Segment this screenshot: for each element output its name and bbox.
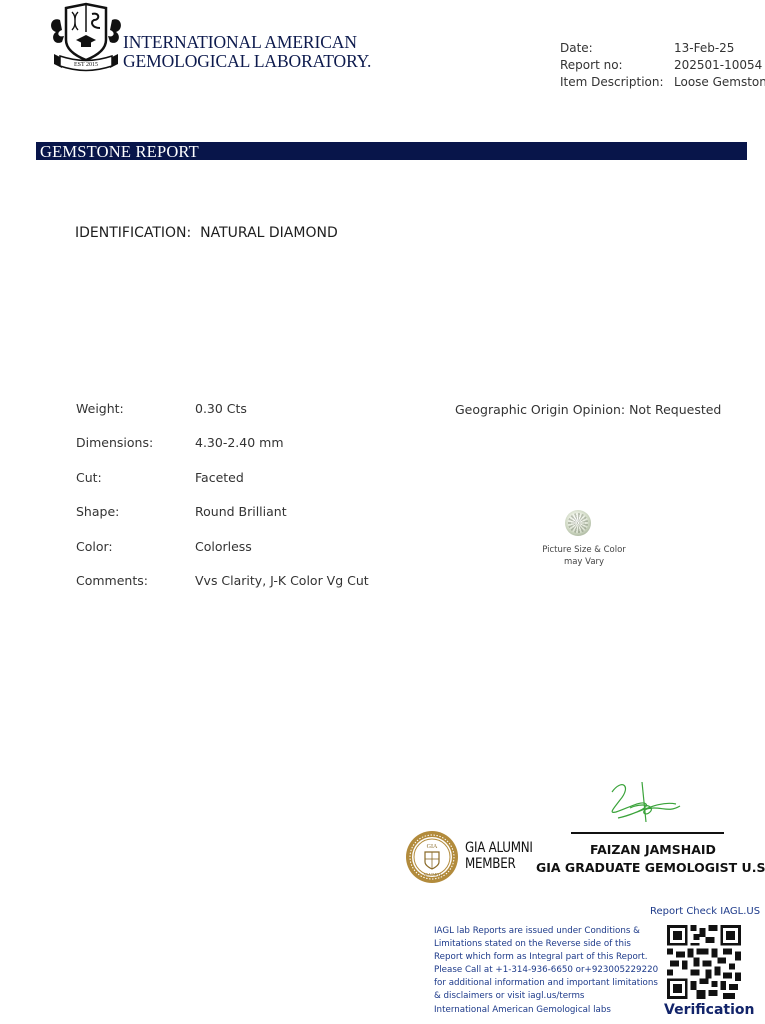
detail-row-dimensions: Dimensions: 4.30-2.40 mm xyxy=(76,435,369,469)
alumni-line2: MEMBER xyxy=(465,856,533,872)
meta-item-description: Item Description: Loose Gemstone xyxy=(560,74,765,91)
meta-report-no: Report no: 202501-10054 xyxy=(560,57,765,74)
gia-alumni-member: GIA ALUMNI MEMBER xyxy=(465,840,533,872)
detail-label: Weight: xyxy=(76,401,195,435)
detail-label: Dimensions: xyxy=(76,435,195,469)
lab-name-line1: INTERNATIONAL AMERICAN xyxy=(123,33,371,52)
disclaimer-line: & disclaimers or visit iagl.us/terms xyxy=(434,990,659,1003)
gem-image-caption: Picture Size & Color may Vary xyxy=(535,544,633,568)
disclaimer-line: Report which form as Integral part of th… xyxy=(434,951,659,964)
disclaimer-line: Limitations stated on the Reverse side o… xyxy=(434,938,659,951)
report-check-link[interactable]: Report Check IAGL.US xyxy=(650,906,760,917)
svg-text:GIA: GIA xyxy=(427,844,438,850)
meta-label: Report no: xyxy=(560,57,674,74)
signature-icon xyxy=(598,778,688,833)
signature-line xyxy=(571,832,724,834)
svg-text:EST 2015: EST 2015 xyxy=(74,62,98,68)
signer-name: FAIZAN JAMSHAID xyxy=(590,842,716,857)
detail-row-shape: Shape: Round Brilliant xyxy=(76,504,369,538)
detail-value: Round Brilliant xyxy=(195,504,287,538)
meta-date: Date: 13-Feb-25 xyxy=(560,40,765,57)
meta-label: Date: xyxy=(560,40,674,57)
detail-value: 4.30-2.40 mm xyxy=(195,435,284,469)
detail-value: 0.30 Cts xyxy=(195,401,247,435)
alumni-line1: GIA ALUMNI xyxy=(465,840,533,856)
lab-name: INTERNATIONAL AMERICAN GEMOLOGICAL LABOR… xyxy=(123,33,371,71)
detail-row-comments: Comments: Vvs Clarity, J-K Color Vg Cut xyxy=(76,573,369,607)
detail-row-weight: Weight: 0.30 Cts xyxy=(76,401,369,435)
disclaimer: IAGL lab Reports are issued under Condit… xyxy=(434,925,659,1017)
detail-label: Comments: xyxy=(76,573,195,607)
report-meta: Date: 13-Feb-25 Report no: 202501-10054 … xyxy=(560,40,765,91)
disclaimer-line: IAGL lab Reports are issued under Condit… xyxy=(434,925,659,938)
detail-value: Colorless xyxy=(195,539,252,573)
gem-details: Weight: 0.30 Cts Dimensions: 4.30-2.40 m… xyxy=(76,401,369,607)
meta-value: Loose Gemstone xyxy=(674,74,765,91)
detail-value: Faceted xyxy=(195,470,244,504)
detail-row-color: Color: Colorless xyxy=(76,539,369,573)
signer-title: GIA GRADUATE GEMOLOGIST U.S.A xyxy=(536,860,765,875)
geographic-origin: Geographic Origin Opinion: Not Requested xyxy=(455,402,721,417)
qr-code-icon[interactable] xyxy=(667,925,741,999)
meta-value: 13-Feb-25 xyxy=(674,40,734,57)
gia-alumni-seal-icon: GIA ALUMNI xyxy=(405,830,459,884)
lab-crest-logo: EST 2015 xyxy=(48,2,124,72)
disclaimer-line: International American Gemological labs xyxy=(434,1004,659,1017)
detail-label: Color: xyxy=(76,539,195,573)
disclaimer-line: for additional information and important… xyxy=(434,977,659,990)
disclaimer-line: Please Call at +1-314-936-6650 or+923005… xyxy=(434,964,659,977)
detail-label: Shape: xyxy=(76,504,195,538)
detail-value: Vvs Clarity, J-K Color Vg Cut xyxy=(195,573,369,607)
detail-row-cut: Cut: Faceted xyxy=(76,470,369,504)
detail-label: Cut: xyxy=(76,470,195,504)
caption-line1: Picture Size & Color xyxy=(535,544,633,556)
diamond-photo-icon xyxy=(565,510,591,536)
report-title: GEMSTONE REPORT xyxy=(40,142,199,161)
meta-value: 202501-10054 xyxy=(674,57,762,74)
identification: IDENTIFICATION: NATURAL DIAMOND xyxy=(75,225,338,241)
verification-label: Verification xyxy=(664,1002,754,1018)
report-banner: GEMSTONE REPORT xyxy=(36,142,747,160)
caption-line2: may Vary xyxy=(535,556,633,568)
svg-text:ALUMNI: ALUMNI xyxy=(423,872,441,877)
meta-label: Item Description: xyxy=(560,74,674,91)
lab-name-line2: GEMOLOGICAL LABORATORY. xyxy=(123,52,371,71)
